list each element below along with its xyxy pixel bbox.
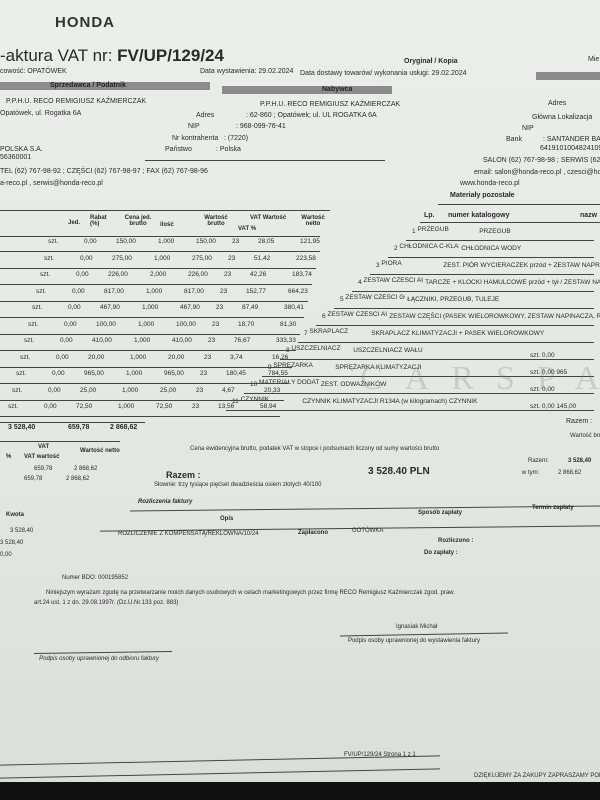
settlement-amount-3: 0,00 <box>0 552 12 558</box>
to-pay-label: Do zapłaty : <box>424 550 458 556</box>
table-cell: 72,50 <box>156 403 172 410</box>
settlement-header-method: Sposób zapłaty <box>418 510 462 516</box>
right-address-label: Adres <box>548 100 566 107</box>
total-net: 2 868,62 <box>110 424 137 431</box>
buyer-contractor: : (7220) <box>224 135 248 142</box>
table-cell: 0,00 <box>52 370 65 377</box>
payment-method: GOTÓWKA <box>352 528 383 534</box>
settlement-header-due: Termin zapłaty <box>532 505 574 511</box>
col-gross: Wartość brutto <box>198 215 234 227</box>
table-cell: 467,90 <box>100 304 120 311</box>
materials-sum-label: Razem : <box>566 418 592 425</box>
issuer-name: Ignasiak Michał <box>396 624 437 630</box>
right-emails: email: salon@honda-reco.pl , czesci@ho <box>474 169 600 176</box>
table-cell: 467,90 <box>180 304 200 311</box>
buyer-nip: : 968-099-76-41 <box>236 123 286 130</box>
materials-row: 1 PRZEGUB PRZEGUB <box>412 226 511 235</box>
table-cell: 1,000 <box>146 288 162 295</box>
seller-emails: a-reco.pl , serwis@honda-reco.pl <box>0 180 103 187</box>
seller-section-label: Sprzedawca / Podatnik <box>50 82 126 89</box>
table-cell: szt. <box>16 370 26 377</box>
seller-name: P.P.H.U. RECO REMIGIUSZ KAŹMIERCZAK <box>6 98 146 105</box>
col-unit-price: Cena jed. brutto <box>118 215 158 227</box>
table-cell: 0,00 <box>76 271 89 278</box>
col-vat-value: VAT Wartość <box>250 215 286 221</box>
table-cell: 23 <box>224 271 231 278</box>
table-cell: 275,00 <box>192 255 212 262</box>
photo-border <box>0 782 600 800</box>
vat-summary-header-vat: VAT <box>38 444 49 450</box>
table-cell: 72,50 <box>76 403 92 410</box>
table-cell: 0,00 <box>44 403 57 410</box>
table-cell: 410,00 <box>172 337 192 344</box>
table-cell: 0,00 <box>64 321 77 328</box>
table-cell: szt. <box>20 354 30 361</box>
table-cell: 23 <box>228 255 235 262</box>
pricing-note: Cena ewidencyjna brutto, podatek VAT w s… <box>190 446 439 452</box>
buyer-address-label: Adres <box>196 112 214 119</box>
table-cell: 965,00 <box>164 370 184 377</box>
table-cell: szt. <box>28 321 38 328</box>
table-cell: szt. <box>8 403 18 410</box>
table-cell: 23 <box>196 387 203 394</box>
vat-summary-header-value: VAT wartość <box>24 454 59 460</box>
recipient-signature-label: Podpis osoby uprawnionej do odbioru fakt… <box>32 656 166 662</box>
seller-phones: TEL (62) 767-98-92 ; CZĘŚCI (62) 767-98-… <box>0 168 208 175</box>
total-amount: 3 528.40 PLN <box>368 466 430 477</box>
bdo-number: Numer BDO: 000195852 <box>62 575 128 581</box>
table-cell: 380,41 <box>284 304 304 311</box>
table-cell: 223,58 <box>296 255 316 262</box>
vat-summary-total-net: 2 868,62 <box>66 476 89 482</box>
table-cell: 25,00 <box>80 387 96 394</box>
total-label: Razem : <box>166 470 201 480</box>
seller-address: Opatówek, ul. Rogatka 6A <box>0 110 81 117</box>
materials-row: 5 ZESTAW CZESCI GOLF ŁĄCZNIKI, PRZEGUB, … <box>340 294 499 303</box>
table-cell: 0,00 <box>48 387 61 394</box>
table-cell: szt. <box>44 255 54 262</box>
table-cell: 23 <box>192 403 199 410</box>
total-vat: 659,78 <box>68 424 89 431</box>
table-cell: 664,23 <box>288 288 308 295</box>
table-cell: 2,000 <box>150 271 166 278</box>
place-right: Mie <box>588 56 599 63</box>
buyer-section-label: Nabywca <box>322 86 352 93</box>
table-cell: 1,000 <box>142 304 158 311</box>
table-cell: szt. <box>48 238 58 245</box>
buyer-name: P.P.H.U. RECO REMIGIUSZ KAŹMIERCZAK <box>260 101 400 108</box>
table-cell: 150,00 <box>116 238 136 245</box>
table-cell: 121,95 <box>300 238 320 245</box>
table-cell: 23 <box>212 321 219 328</box>
table-cell: 25,00 <box>160 387 176 394</box>
buyer-contractor-label: Nr kontrahenta <box>172 135 218 142</box>
table-cell: szt. <box>12 387 22 394</box>
issue-date: Data wystawienia: 29.02.2024 <box>200 68 293 75</box>
table-cell: 23 <box>200 370 207 377</box>
materials-header-lp: Lp. <box>424 212 435 219</box>
table-cell: 20,00 <box>88 354 104 361</box>
table-cell: 1,000 <box>158 238 174 245</box>
table-cell: 275,00 <box>112 255 132 262</box>
issuer-signature-label: Podpis osoby uprawnionej do wystawienia … <box>346 638 482 644</box>
settlement-amount-1: 3 528,40 <box>10 528 33 534</box>
table-cell: 42,26 <box>250 271 266 278</box>
table-cell: 1,000 <box>154 255 170 262</box>
table-cell: 23 <box>204 354 211 361</box>
vat-summary-header-net: Wartość netto <box>80 448 120 454</box>
paid-label: Zapłacono <box>298 530 328 536</box>
right-bank-label: Bank <box>506 136 522 143</box>
table-cell: 4,67 <box>222 387 235 394</box>
table-cell: 81,30 <box>280 321 296 328</box>
materials-row: 2 CHŁODNICA C-KLASA CHŁODNICA WODY <box>394 243 521 252</box>
seller-account: 56360001 <box>0 154 31 161</box>
consent-text: Niniejszym wyrażam zgodę na przetwarzani… <box>46 590 455 596</box>
table-cell: 23 <box>232 238 239 245</box>
materials-row: 8 USZCZELNIACZ USZCZELNIACZ WAŁU <box>286 345 423 354</box>
table-cell: 0,00 <box>72 288 85 295</box>
table-cell: 0,00 <box>56 354 69 361</box>
vat-summary-value: 659,78 <box>34 466 52 472</box>
right-incl: 2 868,62 <box>558 470 581 476</box>
table-cell: 784,55 <box>268 370 288 377</box>
col-qty: ilość <box>160 222 174 228</box>
table-cell: 58,94 <box>260 403 276 410</box>
table-cell: 1,000 <box>138 321 154 328</box>
table-cell: 100,00 <box>96 321 116 328</box>
table-cell: 18,70 <box>238 321 254 328</box>
table-cell: 333,33 <box>276 337 296 344</box>
materials-header-name: nazw <box>580 212 597 219</box>
right-total: 3 528,40 <box>568 458 591 464</box>
table-cell: 1,000 <box>126 370 142 377</box>
table-cell: 3,74 <box>230 354 243 361</box>
table-cell: 20,33 <box>264 387 280 394</box>
table-cell: 23 <box>220 288 227 295</box>
amount-in-words: Słownie: trzy tysiące pięćset dwadzieści… <box>154 482 321 488</box>
settlement-header-desc: Opis <box>220 516 233 522</box>
settled-label: Rozliczono : <box>438 538 473 544</box>
thanks-text: DZIĘKUJEMY ZA ZAKUPY ZAPRASZAMY PONOWNIE <box>474 773 600 779</box>
col-discount: Rabat (%) <box>90 215 112 227</box>
watermark: CARSPAT <box>360 360 600 398</box>
table-cell: 1,000 <box>130 354 146 361</box>
vat-summary-total-value: 659,78 <box>24 476 42 482</box>
vat-summary-header-rate: % <box>6 454 11 460</box>
table-cell: 23 <box>208 337 215 344</box>
materials-row: 4 ZESTAW CZESCI AUDI TARCZE + KLOCKI HAM… <box>358 277 600 286</box>
consent-law: art.24 ust. 1 z dn. 29.08.1997r. (Dz.U.N… <box>34 600 178 606</box>
table-cell: 0,00 <box>60 337 73 344</box>
table-cell: 226,00 <box>188 271 208 278</box>
right-total-label: Razem: <box>528 458 549 464</box>
table-cell: 16,26 <box>272 354 288 361</box>
right-nip-label: NIP <box>522 125 534 132</box>
table-cell: 87,49 <box>242 304 258 311</box>
settlement-header-amount: Kwota <box>6 512 24 518</box>
table-cell: szt. <box>24 337 34 344</box>
table-cell: 100,00 <box>176 321 196 328</box>
table-cell: 817,00 <box>184 288 204 295</box>
table-cell: 20,00 <box>168 354 184 361</box>
table-cell: 150,00 <box>196 238 216 245</box>
copy-label: Oryginał / Kopia <box>404 58 458 65</box>
total-gross: 3 528,40 <box>8 424 35 431</box>
table-cell: 28,05 <box>258 238 274 245</box>
table-cell: 183,74 <box>292 271 312 278</box>
materials-value: szt. 0,00 <box>530 352 555 359</box>
seller-bank: POLSKA S.A. <box>0 146 43 153</box>
table-cell: 152,77 <box>246 288 266 295</box>
main-location: Główna Lokalizacja <box>532 114 592 121</box>
table-cell: 180,45 <box>226 370 246 377</box>
page-number: FV/UP/129/24 Strona 1 z 1 <box>344 752 416 758</box>
vat-summary-net: 2 868,62 <box>74 466 97 472</box>
table-cell: 0,00 <box>80 255 93 262</box>
col-vat-rate: VAT % <box>238 226 256 232</box>
buyer-country: : Polska <box>216 146 241 153</box>
table-cell: 1,000 <box>122 387 138 394</box>
table-cell: szt. <box>32 304 42 311</box>
right-account: 64191010048241099 <box>540 145 600 152</box>
buyer-country-label: Państwo <box>165 146 192 153</box>
table-cell: 13,56 <box>218 403 234 410</box>
table-cell: 1,000 <box>118 403 134 410</box>
settlement-description: ROZLICZENIE Z KOMPENSATĄ/REKLOWNA/10/24 <box>118 531 259 537</box>
table-cell: 965,00 <box>84 370 104 377</box>
honda-logo: HONDA <box>55 14 115 31</box>
col-unit: Jed. <box>68 220 80 226</box>
table-cell: 1,000 <box>134 337 150 344</box>
delivery-date: Data dostawy towarów/ wykonania usługi: … <box>300 70 467 77</box>
table-cell: 0,00 <box>68 304 81 311</box>
materials-header-code: numer katalogowy <box>448 212 509 219</box>
materials-title: Materiały pozostałe <box>450 192 515 199</box>
settlement-title: Rozliczenia faktury <box>138 499 192 505</box>
buyer-address: : 62-860 ; Opatówek; ul. UL ROGATKA 6A <box>246 112 377 119</box>
invoice-page: HONDA -aktura VAT nr: FV/UP/129/24 cowoś… <box>0 0 600 782</box>
table-cell: 51,42 <box>254 255 270 262</box>
table-cell: szt. <box>40 271 50 278</box>
table-cell: szt. <box>36 288 46 295</box>
invoice-title: -aktura VAT nr: FV/UP/129/24 <box>0 46 224 66</box>
table-cell: 76,67 <box>234 337 250 344</box>
materials-row: 7 SKRAPLACZ SKRAPLACZ KLIMATYZACJI + PAS… <box>304 328 544 337</box>
buyer-nip-label: NIP <box>188 123 200 130</box>
table-cell: 410,00 <box>92 337 112 344</box>
place-of-issue: cowość: OPATÓWEK <box>0 68 67 75</box>
settlement-amount-2: 3 528,40 <box>0 540 23 546</box>
invoice-number: FV/UP/129/24 <box>117 46 224 65</box>
materials-row: 6 ZESTAW CZESCI AUDI ZESTAW CZĘŚCI (PASE… <box>322 311 600 320</box>
right-incl-label: w tym: <box>522 470 539 476</box>
right-gross-header: Wartość brutto <box>570 433 600 439</box>
materials-value: szt. 0,00 145,00 <box>530 403 576 410</box>
right-phones: SALON (62) 767-98-98 ; SERWIS (62) <box>483 157 600 164</box>
col-net: Wartość netto <box>298 215 328 227</box>
table-cell: 23 <box>216 304 223 311</box>
table-cell: 817,00 <box>104 288 124 295</box>
materials-row: 3 PIÓRA ZEST. PIÓR WYCIERACZEK przód + Z… <box>376 260 600 269</box>
table-cell: 226,00 <box>108 271 128 278</box>
right-bank: : SANTANDER BA <box>543 136 600 143</box>
table-cell: 0,00 <box>84 238 97 245</box>
right-www: www.honda-reco.pl <box>460 180 520 187</box>
